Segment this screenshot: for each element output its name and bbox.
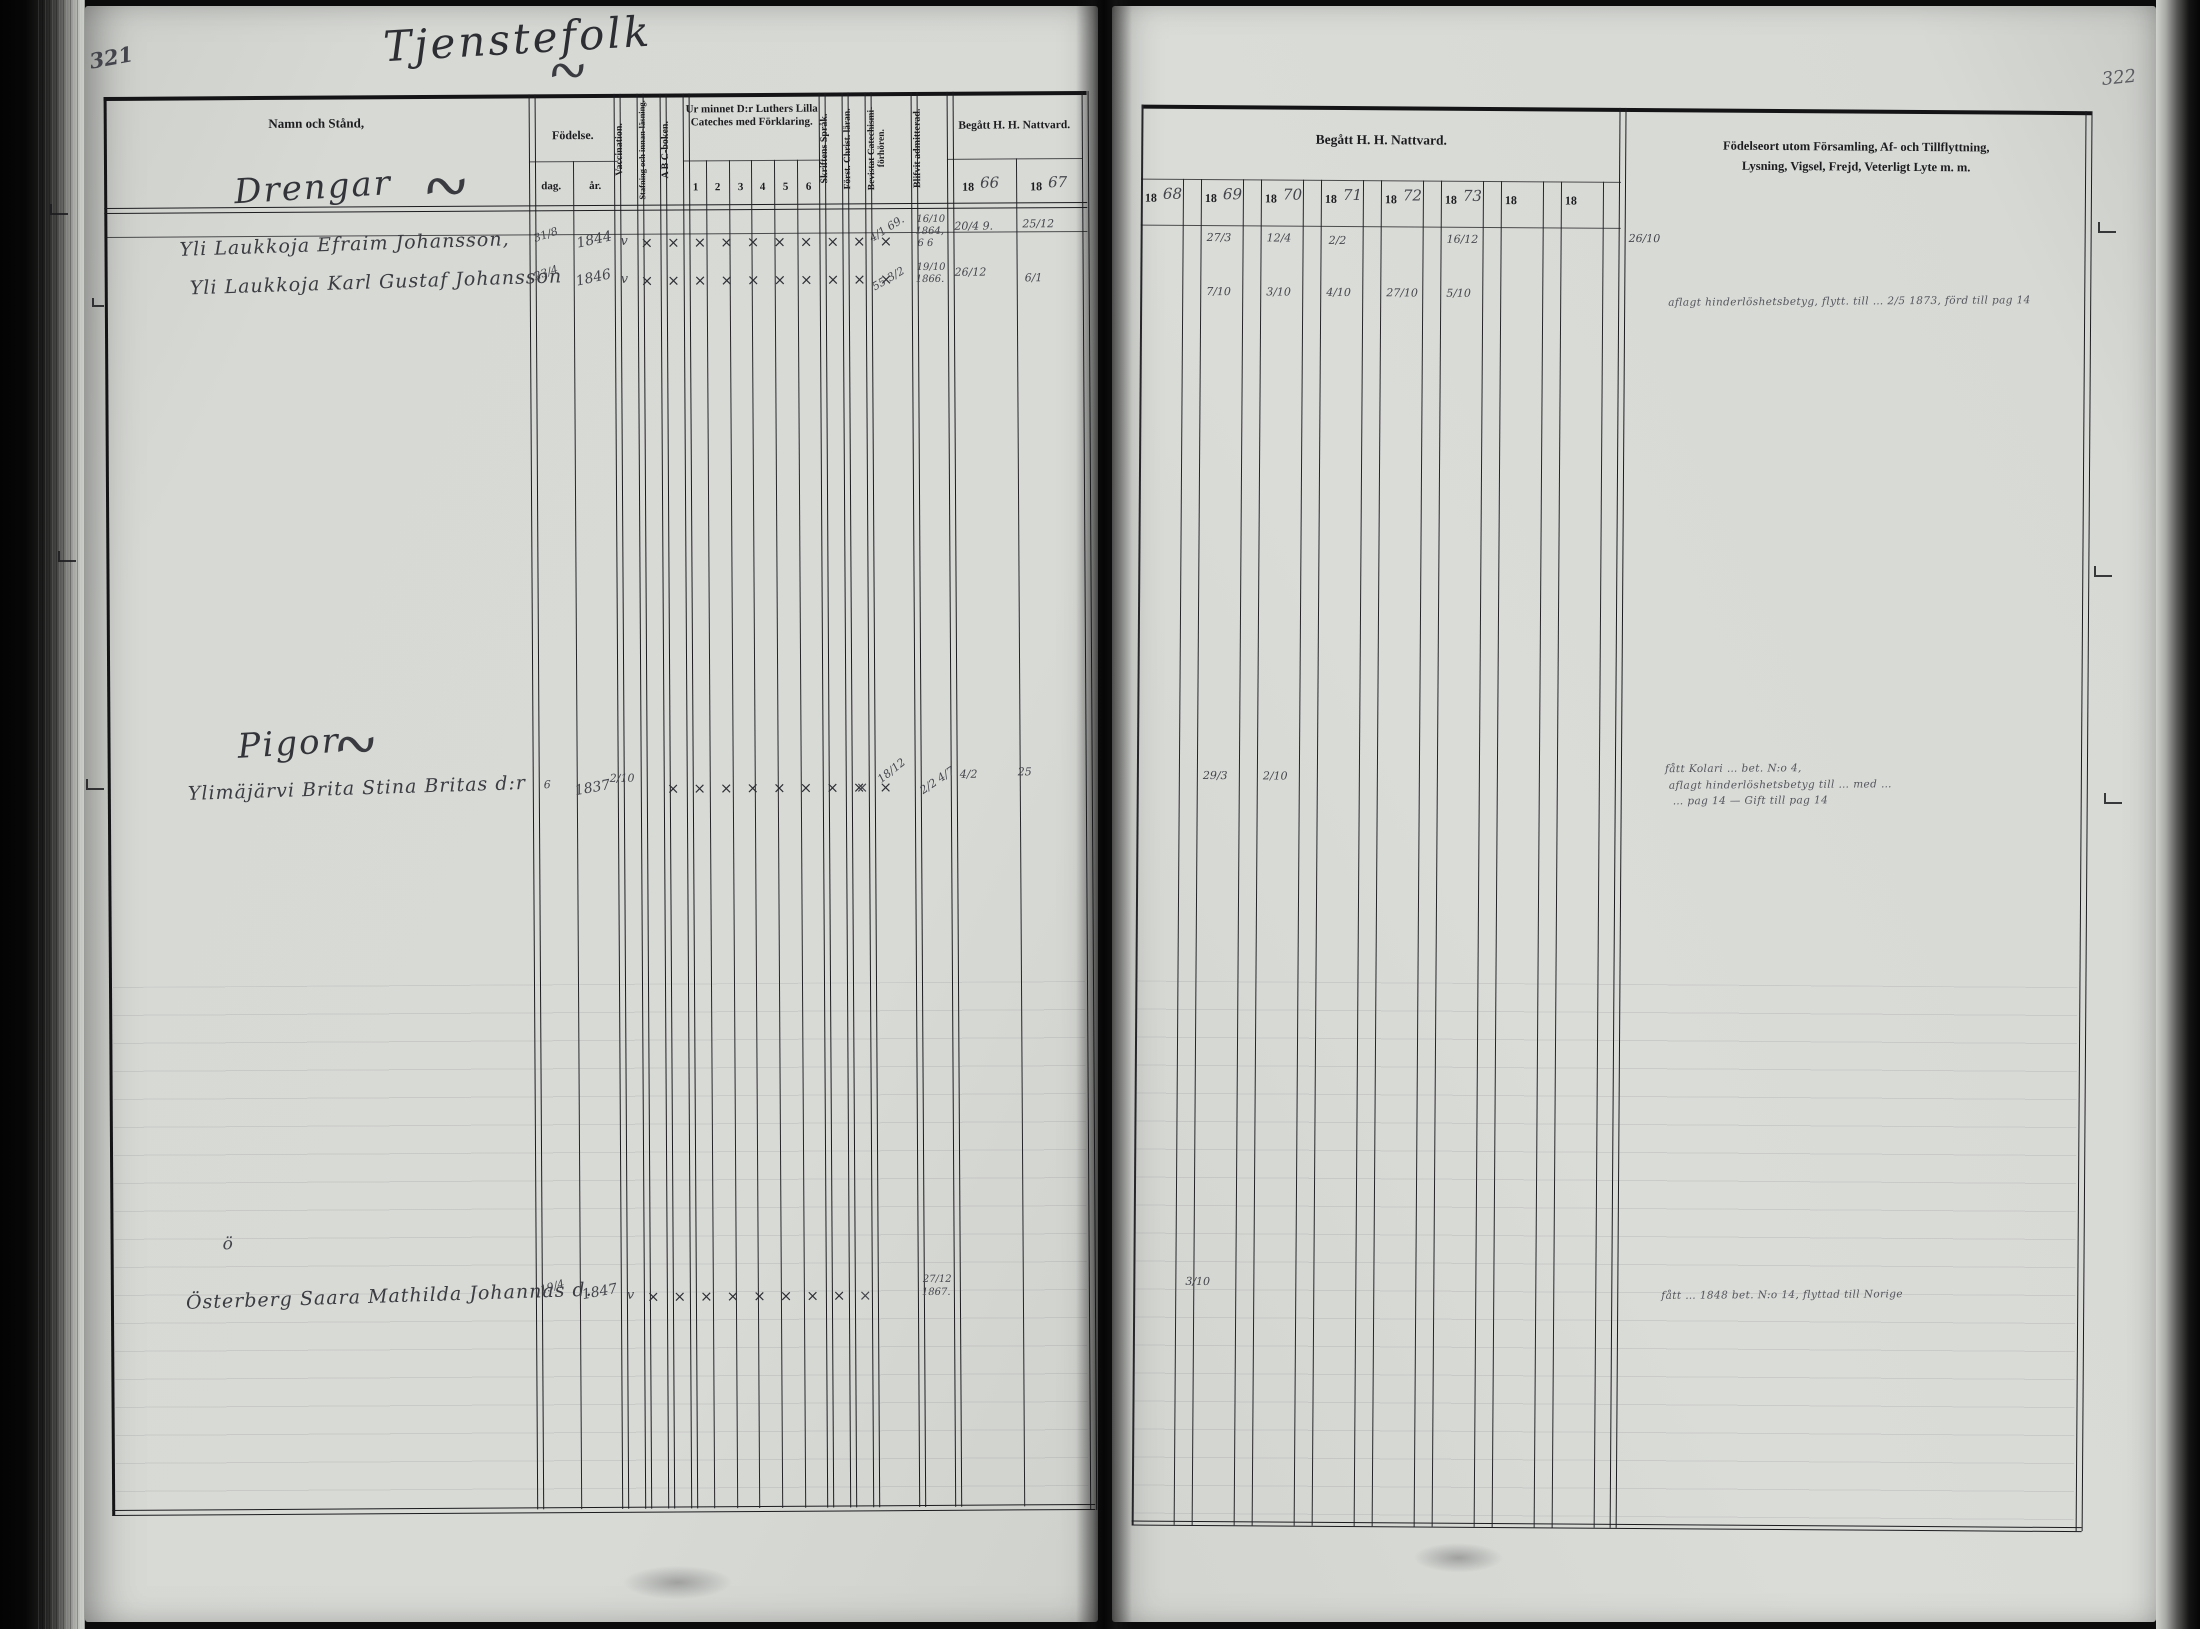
row-birth-day: 6	[544, 778, 551, 791]
registration-mark	[58, 551, 76, 562]
year-printed: 18	[1265, 191, 1277, 206]
row-vaccination-mark: v	[621, 272, 628, 287]
row-admitted: 19/10	[917, 262, 946, 273]
year-printed-1867: 18	[1030, 179, 1042, 194]
row-communion-value: 12/4	[1267, 231, 1292, 244]
row-admitted: 6 6	[917, 238, 933, 249]
table-right-border	[2076, 111, 2093, 1531]
row-vaccination-mark: v	[620, 234, 627, 249]
registration-mark	[2094, 566, 2112, 577]
col-subheader-year: år.	[573, 180, 617, 192]
year-written: 68	[1163, 185, 1182, 203]
page-stack-texture	[38, 0, 85, 1629]
ruled-lines	[1134, 981, 2078, 1528]
book-gutter-shadow	[1076, 0, 1132, 1629]
row-name: Ylimäjärvi Brita Stina Britas d:r	[188, 772, 527, 805]
col-header-abc: A B C-boken.	[661, 97, 684, 201]
stain	[1413, 1542, 1503, 1573]
col-header-attended: Bevistat Catechismi-förhören.	[867, 96, 910, 200]
year-written: 69	[1223, 185, 1242, 203]
year-written: 73	[1463, 187, 1482, 205]
year-written: 70	[1283, 186, 1302, 204]
left-page: 321 Tjenstefolk ∿	[85, 6, 1098, 1622]
ruled-lines	[113, 981, 1088, 1509]
col-header-scripture: Skriftens Språk.	[820, 96, 843, 200]
row-note: fått Kolari … bet. N:o 4,	[1665, 762, 1802, 775]
page-title-script: Tjenstefolk	[382, 7, 653, 72]
catechism-subcol-3: 3	[730, 181, 751, 193]
catechism-subcol-5: 5	[775, 181, 796, 193]
row-birth-year: 1837	[574, 777, 612, 799]
stain	[623, 1565, 733, 1600]
book-scan: 321 Tjenstefolk ∿	[0, 0, 2200, 1629]
row-extra-mark: ×	[856, 778, 869, 796]
col-subheader-day: dag.	[529, 180, 573, 192]
registration-mark	[2104, 793, 2122, 804]
col-header-birthplace-line1: Födelseort utom Församling, Af- och Till…	[1641, 138, 2071, 156]
year-written-1867: 67	[1048, 173, 1067, 191]
right-page-number: 322	[2101, 66, 2137, 90]
row-communion-value: 2/10	[1263, 769, 1288, 782]
col-header-birthplace-line2: Lysning, Vigsel, Frejd, Veterligt Lyte m…	[1641, 158, 2071, 176]
registration-mark	[2098, 222, 2116, 233]
row-communion-value: 27/3	[1207, 231, 1232, 244]
section-label-pigor: Pigor	[236, 721, 340, 767]
row-communion-1866: 20/4 9.	[954, 220, 993, 233]
section-label-drengar: Drengar	[233, 163, 393, 212]
row-extra-value: 26/10	[1629, 232, 1661, 245]
row-note: aflagt hinderlöshetsbetyg, flytt. till ……	[1668, 294, 2031, 309]
year-written: 71	[1343, 186, 1362, 204]
row-communion-value: 5/10	[1446, 287, 1471, 300]
registration-mark	[50, 204, 68, 215]
col-header-christianity: Först. Christ. läran.	[843, 96, 866, 200]
row-birth-year: 1844	[575, 228, 613, 251]
year-printed: 18	[1445, 193, 1457, 208]
year-printed-1866: 18	[962, 180, 974, 195]
row-communion-1866: 26/12	[955, 266, 987, 279]
row-admitted: 1864,	[915, 226, 944, 237]
book-binding-edge	[0, 0, 85, 1629]
row-communion-1867: 6/1	[1025, 271, 1043, 284]
year-printed: 18	[1325, 192, 1337, 207]
row-birth-year: 1846	[574, 266, 612, 289]
catechism-subcol-2: 2	[707, 181, 728, 193]
row-admitted: 1866.	[916, 274, 945, 285]
row-birth-year-extra: 2/10	[610, 772, 635, 785]
catechism-subcol-1: 1	[685, 181, 706, 193]
row-communion-value: 2/2	[1329, 234, 1347, 247]
col-header-admitted: Blifvit admitterad.	[913, 96, 946, 200]
row-note: aflagt hinderlöshetsbetyg till … med …	[1669, 778, 1892, 792]
year-written: 72	[1403, 186, 1422, 204]
col-header-communion-right: Begått H. H. Nattvard.	[1141, 131, 1621, 150]
row-communion-value: 27/10	[1386, 286, 1418, 299]
col-header-vaccination: Vaccination.	[615, 98, 638, 202]
row-communion-1867: 25/12	[1022, 217, 1054, 230]
row-communion-1866: 4/2	[960, 768, 978, 781]
row-communion-value: 4/10	[1326, 286, 1351, 299]
table-top-border	[1142, 105, 2092, 116]
row-check-marks: ××××××××××	[641, 270, 907, 290]
row-communion-value: 7/10	[1206, 285, 1231, 298]
row-communion-value: 29/3	[1203, 769, 1228, 782]
row-check-marks: ×××××××××	[667, 778, 906, 797]
catechism-subcol-6: 6	[798, 181, 819, 193]
grid-line	[683, 160, 822, 162]
row-communion-value: 3/10	[1266, 285, 1291, 298]
row-note: … pag 14 — Gift till pag 14	[1673, 794, 1829, 807]
year-printed: 18	[1565, 194, 1577, 209]
row-communion-1867: 25	[1018, 765, 1032, 778]
row-name: Yli Laukkoja Efraim Johansson,	[179, 228, 510, 261]
col-header-spelling: Stafning och innan-läsning.	[637, 98, 661, 202]
row-communion-value: 16/12	[1447, 233, 1479, 246]
catechism-subcol-4: 4	[752, 181, 773, 193]
col-header-birth: Födelse.	[529, 128, 617, 144]
col-header-communion-left: Begått H. H. Nattvard.	[947, 119, 1082, 132]
year-written-1866: 66	[980, 174, 999, 192]
row-check-marks: ××××××××××	[640, 232, 906, 252]
left-page-number: 321	[87, 41, 135, 73]
registration-mark	[86, 779, 104, 790]
right-page: 322	[1112, 6, 2156, 1622]
book-right-edge	[2156, 0, 2200, 1629]
row-admitted: 16/10	[916, 214, 945, 225]
table-left-border	[104, 97, 116, 1516]
col-header-name: Namn och Stånd,	[104, 114, 529, 133]
year-printed: 18	[1385, 192, 1397, 207]
year-printed: 18	[1145, 191, 1157, 206]
registration-mark	[92, 298, 104, 307]
row-name: Yli Laukkoja Karl Gustaf Johansson	[189, 265, 562, 299]
year-printed: 18	[1505, 193, 1517, 208]
year-printed: 18	[1205, 191, 1217, 206]
col-header-catechism: Ur minnet D:r Luthers Lilla Cateches med…	[685, 103, 819, 130]
